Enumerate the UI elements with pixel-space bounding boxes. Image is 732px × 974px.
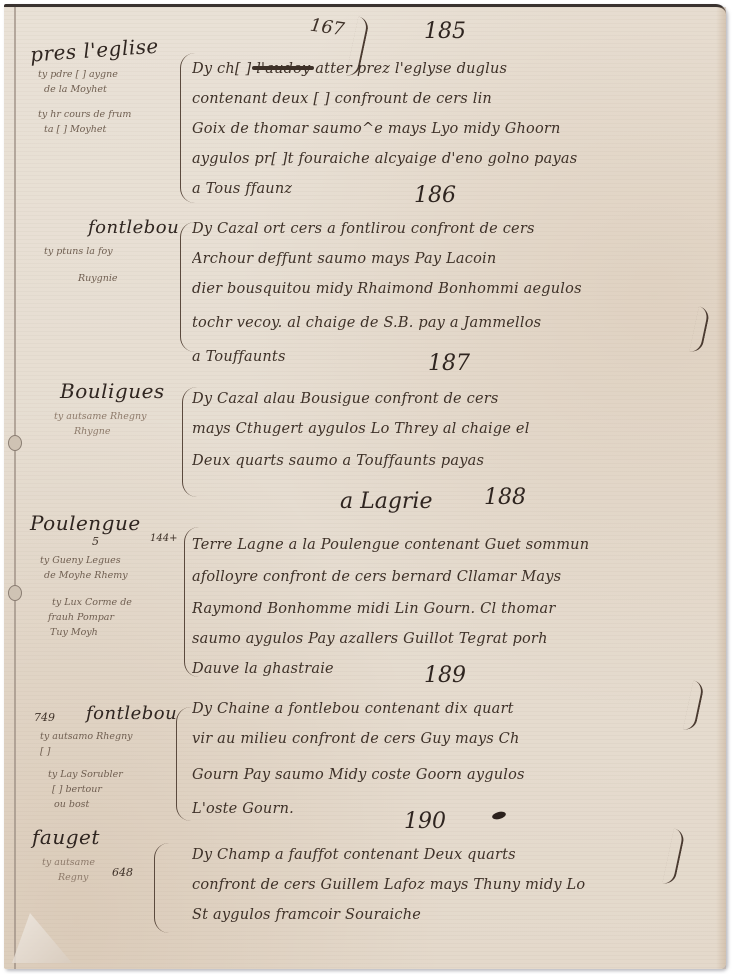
margin-note: ta [ ] Moyhet xyxy=(44,122,190,137)
margin-note: [ ] xyxy=(40,744,194,759)
margin-note: ty autsamo Rhegny xyxy=(40,729,194,744)
entry-text-line: Deux quarts saumo a Touffaunts payas xyxy=(192,453,712,469)
page-edge-shadow xyxy=(716,7,726,969)
torn-corner xyxy=(12,913,72,963)
margin-folio-ref: 749 xyxy=(34,711,55,724)
entry-bracket xyxy=(176,707,191,821)
entry-text-line: afolloyre confront de cers bernard Cllam… xyxy=(192,569,712,585)
entry-number-189: 189 xyxy=(424,663,466,688)
margin-count: 144+ xyxy=(150,533,177,544)
entry-text-line: Terre Lagne a la Poulengue contenant Gue… xyxy=(192,537,712,553)
manuscript-page: 167 185 pres l'eglise ty pdre [ ] aygne … xyxy=(4,4,726,969)
entry-number-190: 190 xyxy=(404,809,446,834)
entry-text-line: dier bousquitou midy Rhaimond Bonhommi a… xyxy=(192,281,712,297)
margin-note: ty Lay Sorubler xyxy=(48,767,194,782)
entry-bracket xyxy=(154,843,169,933)
entry-text-line: Dy Cazal alau Bousigue confront de cers xyxy=(192,391,712,407)
entry-text-line: Raymond Bonhomme midi Lin Gourn. Cl thom… xyxy=(192,601,712,617)
margin-note: ty Gueny Legues xyxy=(40,553,190,568)
margin-note: Regny xyxy=(58,870,88,885)
entry-text-line: mays Cthugert aygulos Lo Threy al chaige… xyxy=(192,421,712,437)
binding-knot xyxy=(8,435,22,451)
entry-text-line: tochr vecoy. al chaige de S.B. pay a Jam… xyxy=(192,315,712,331)
entry-text-line: Gourn Pay saumo Midy coste Goorn aygulos xyxy=(192,767,712,783)
entry-text-line: Dy Champ a fauffot contenant Deux quarts xyxy=(192,847,712,863)
margin-count: 648 xyxy=(112,866,133,879)
strikethrough-mark xyxy=(252,66,314,70)
entry-text-line: Archour deffunt saumo mays Pay Lacoin xyxy=(192,251,712,267)
margin-subnumber: 5 xyxy=(92,535,99,548)
margin-note: ou bost xyxy=(54,797,194,812)
entry-number-186: 186 xyxy=(414,183,456,208)
margin-note: de la Moyhet xyxy=(44,82,190,97)
folio-number: 167 xyxy=(309,15,346,41)
entry-text-line: aygulos pr[ ]t fouraiche alcyaige d'eno … xyxy=(192,151,712,167)
margin-entry-188: Poulengue 5 144+ ty Gueny Legues de Moyh… xyxy=(30,511,190,640)
entry-text-line: Goix de thomar saumo^e mays Lyo midy Gho… xyxy=(192,121,712,137)
place-name: Poulengue xyxy=(30,511,190,535)
entry-number-188: 188 xyxy=(484,485,526,510)
place-name: pres l'eglise xyxy=(29,31,190,66)
binding-knot xyxy=(8,585,22,601)
entry-text-line: contenant deux [ ] confrount de cers lin xyxy=(192,91,712,107)
margin-note: ty pdre [ ] aygne xyxy=(38,67,190,82)
section-heading-place: a Lagrie xyxy=(340,489,433,514)
margin-note: ty Lux Corme de xyxy=(52,595,190,610)
margin-note: [ ] bertour xyxy=(52,782,194,797)
place-name: fontlebou xyxy=(86,703,177,724)
entry-text-line: St aygulos framcoir Souraiche xyxy=(192,907,712,923)
entry-text-line: Dy Chaine a fontlebou contenant dix quar… xyxy=(192,701,712,717)
entry-text-line: vir au milieu confront de cers Guy mays … xyxy=(192,731,712,747)
margin-note: de Moyhe Rhemy xyxy=(44,568,190,583)
margin-note: ty hr cours de frum xyxy=(38,107,190,122)
margin-note: Tuy Moyh xyxy=(50,625,190,640)
margin-entry-185: pres l'eglise ty pdre [ ] aygne de la Mo… xyxy=(30,37,190,137)
margin-entry-189: 749 fontlebou ty autsamo Rhegny [ ] ty L… xyxy=(34,707,194,812)
entry-number-185: 185 xyxy=(424,19,466,44)
entry-text-line: confront de cers Guillem Lafoz mays Thun… xyxy=(192,877,712,893)
entry-number-187: 187 xyxy=(428,351,470,376)
margin-note: frauh Pompar xyxy=(48,610,190,625)
binding-margin-line xyxy=(14,7,16,969)
entry-text-line: Dy Cazal ort cers a fontlirou confront d… xyxy=(192,221,712,237)
entry-text-line: L'oste Gourn. xyxy=(192,801,712,817)
entry-text-line: saumo aygulos Pay azallers Guillot Tegra… xyxy=(192,631,712,647)
